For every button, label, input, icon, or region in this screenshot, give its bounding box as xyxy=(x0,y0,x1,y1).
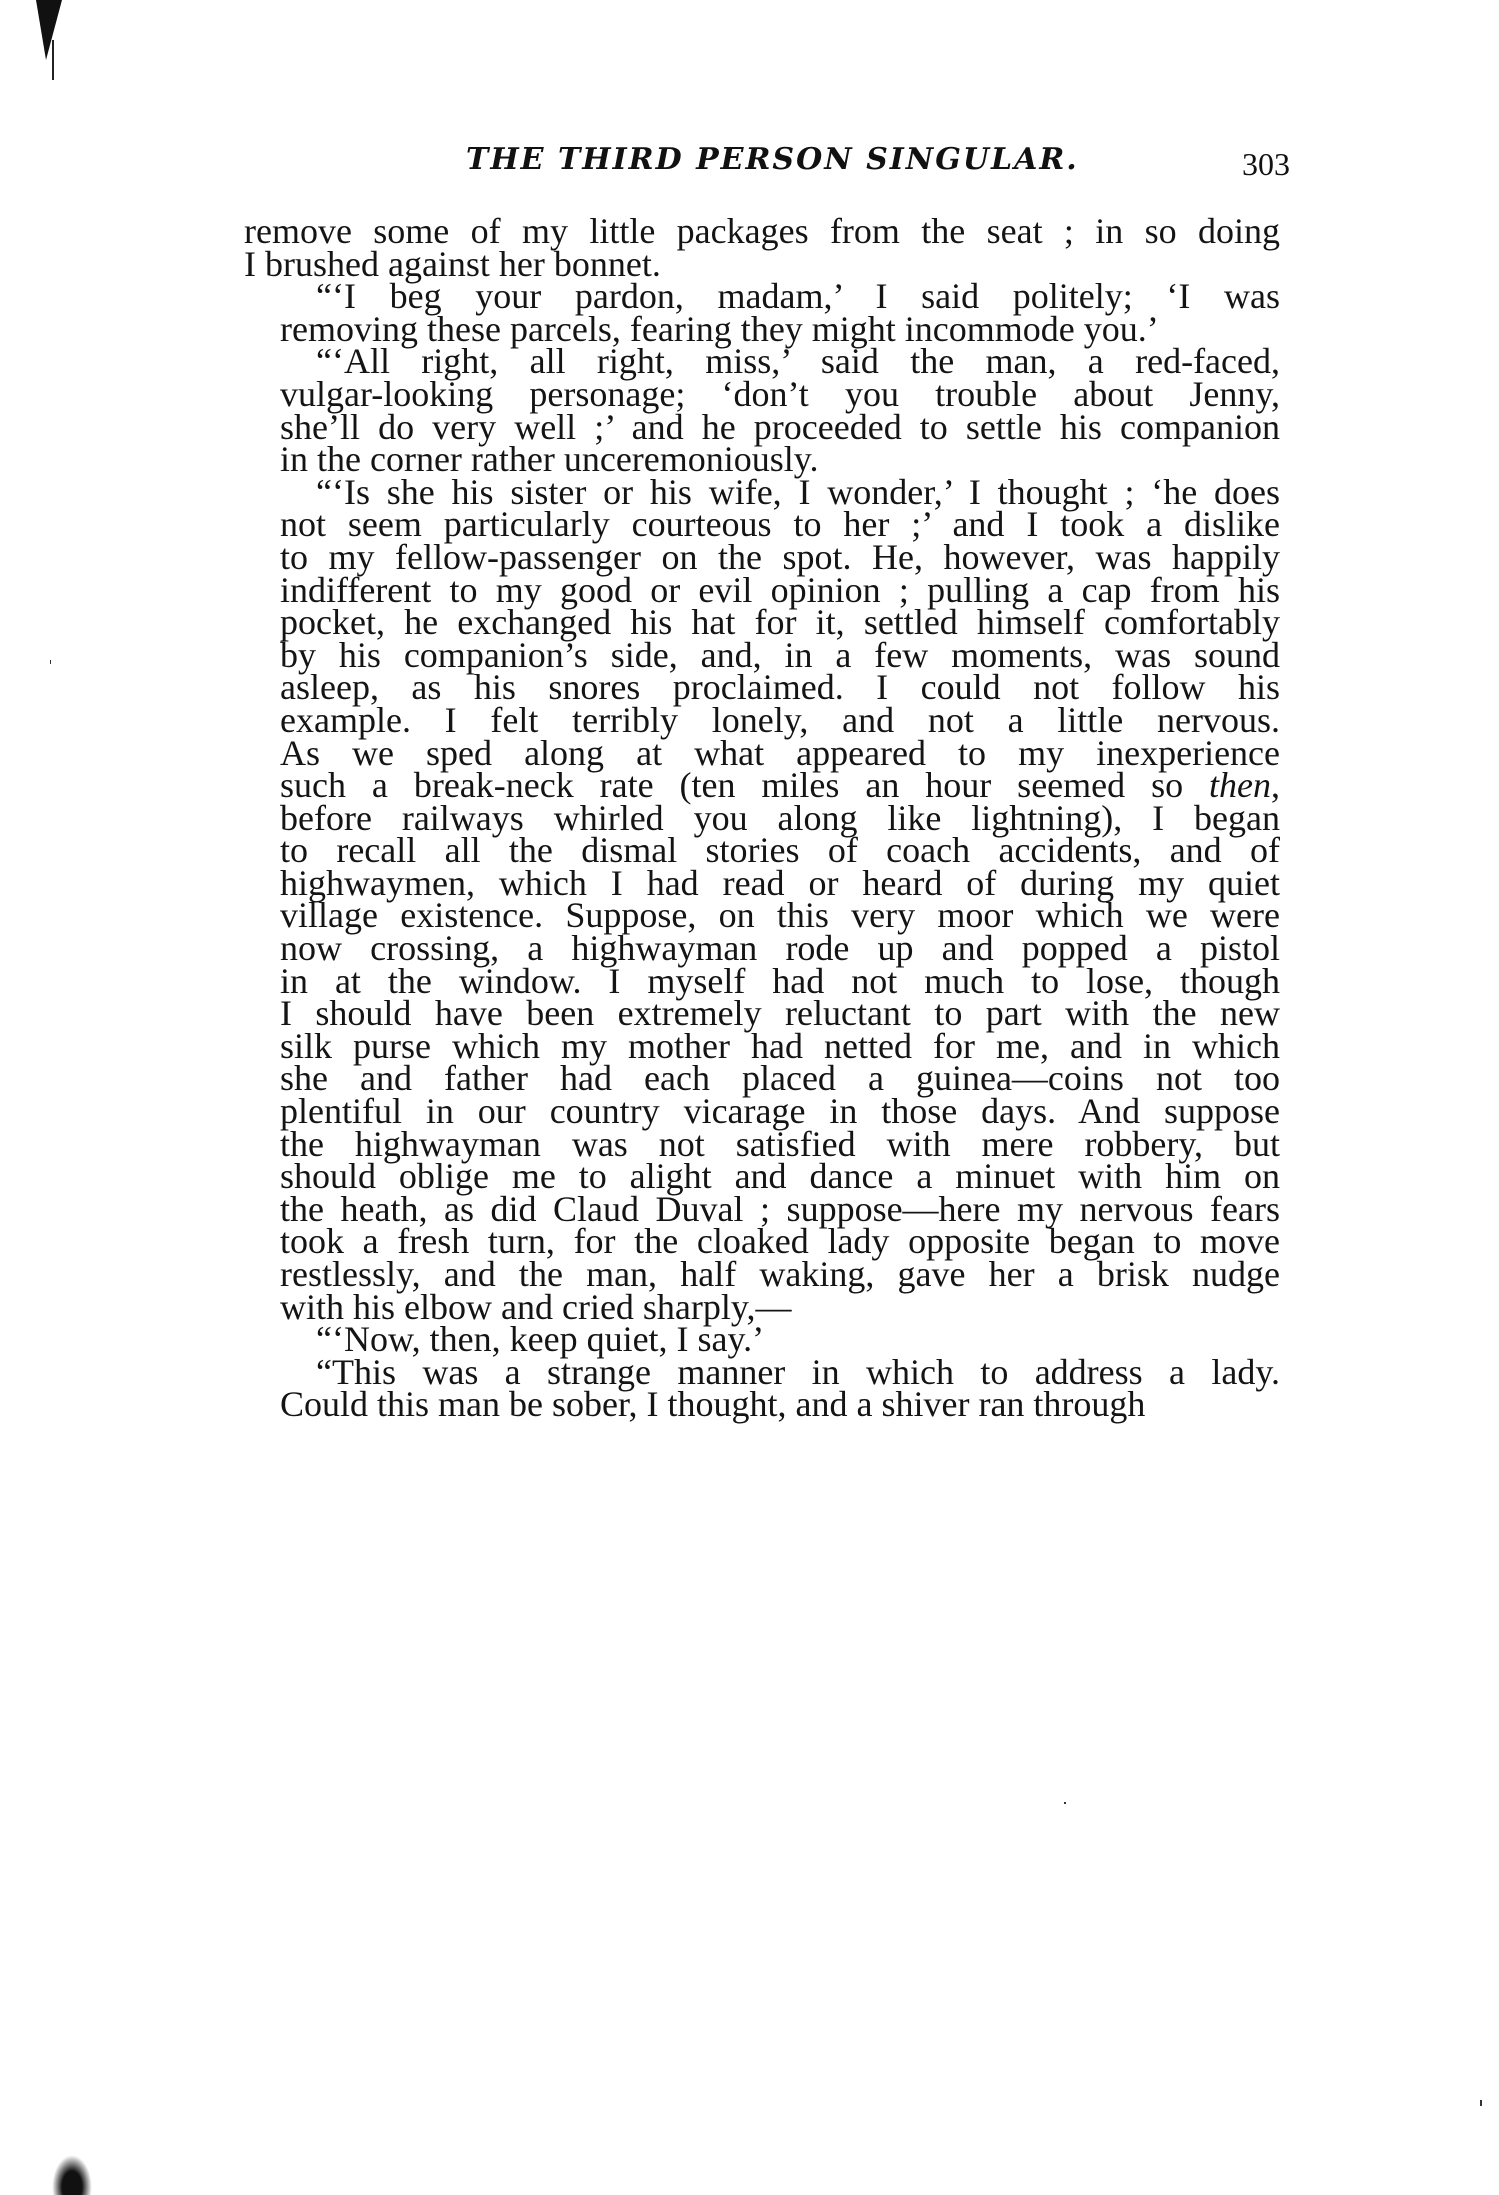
scan-artifact-line xyxy=(52,40,54,80)
text-line: to recall all the dismal stories of coac… xyxy=(244,834,1280,867)
text-line: now crossing, a highwayman rode up and p… xyxy=(244,932,1280,965)
running-header: THE THIRD PERSON SINGULAR. 303 xyxy=(240,142,1290,186)
body-text: remove some of my little packages from t… xyxy=(244,215,1280,1421)
text-line: restlessly, and the man, half waking, ga… xyxy=(244,1258,1280,1291)
running-title: THE THIRD PERSON SINGULAR. xyxy=(466,142,1079,177)
text-line: pocket, he exchanged his hat for it, set… xyxy=(244,606,1280,639)
scan-speck xyxy=(1480,2100,1482,2106)
text-line: in the corner rather unceremoniously. xyxy=(244,443,1280,476)
text-line: Could this man be sober, I thought, and … xyxy=(244,1388,1280,1421)
text-line: to my fellow-passenger on the spot. He, … xyxy=(244,541,1280,574)
text-line: example. I felt terribly lonely, and not… xyxy=(244,704,1280,737)
page-number: 303 xyxy=(1242,146,1290,183)
paragraph: “‘Is she his sister or his wife, I wonde… xyxy=(244,476,1280,1323)
scan-artifact-top xyxy=(36,0,62,60)
scan-artifact-bottom xyxy=(52,2155,92,2195)
text-line: plentiful in our country vicarage in tho… xyxy=(244,1095,1280,1128)
text-line: remove some of my little packages from t… xyxy=(244,215,1280,248)
text-line: “‘Now, then, keep quiet, I say.’ xyxy=(244,1323,1280,1356)
paragraph: “‘Now, then, keep quiet, I say.’ xyxy=(244,1323,1280,1356)
text-line: I should have been extremely reluctant t… xyxy=(244,997,1280,1030)
paragraph: “‘All right, all right, miss,’ said the … xyxy=(244,345,1280,475)
scan-speck xyxy=(1064,1802,1066,1804)
paragraph: “‘I beg your pardon, madam,’ I said poli… xyxy=(244,280,1280,345)
paragraph: “This was a strange manner in which to a… xyxy=(244,1356,1280,1421)
text-line: should oblige me to alight and dance a m… xyxy=(244,1160,1280,1193)
text-line: vulgar-looking personage; ‘don’t you tro… xyxy=(244,378,1280,411)
text-line: “‘I beg your pardon, madam,’ I said poli… xyxy=(244,280,1280,313)
book-page: THE THIRD PERSON SINGULAR. 303 remove so… xyxy=(0,0,1499,2195)
paragraph: remove some of my little packages from t… xyxy=(244,215,1280,280)
scan-speck xyxy=(50,660,51,664)
text-line: such a break-neck rate (ten miles an hou… xyxy=(244,769,1280,802)
